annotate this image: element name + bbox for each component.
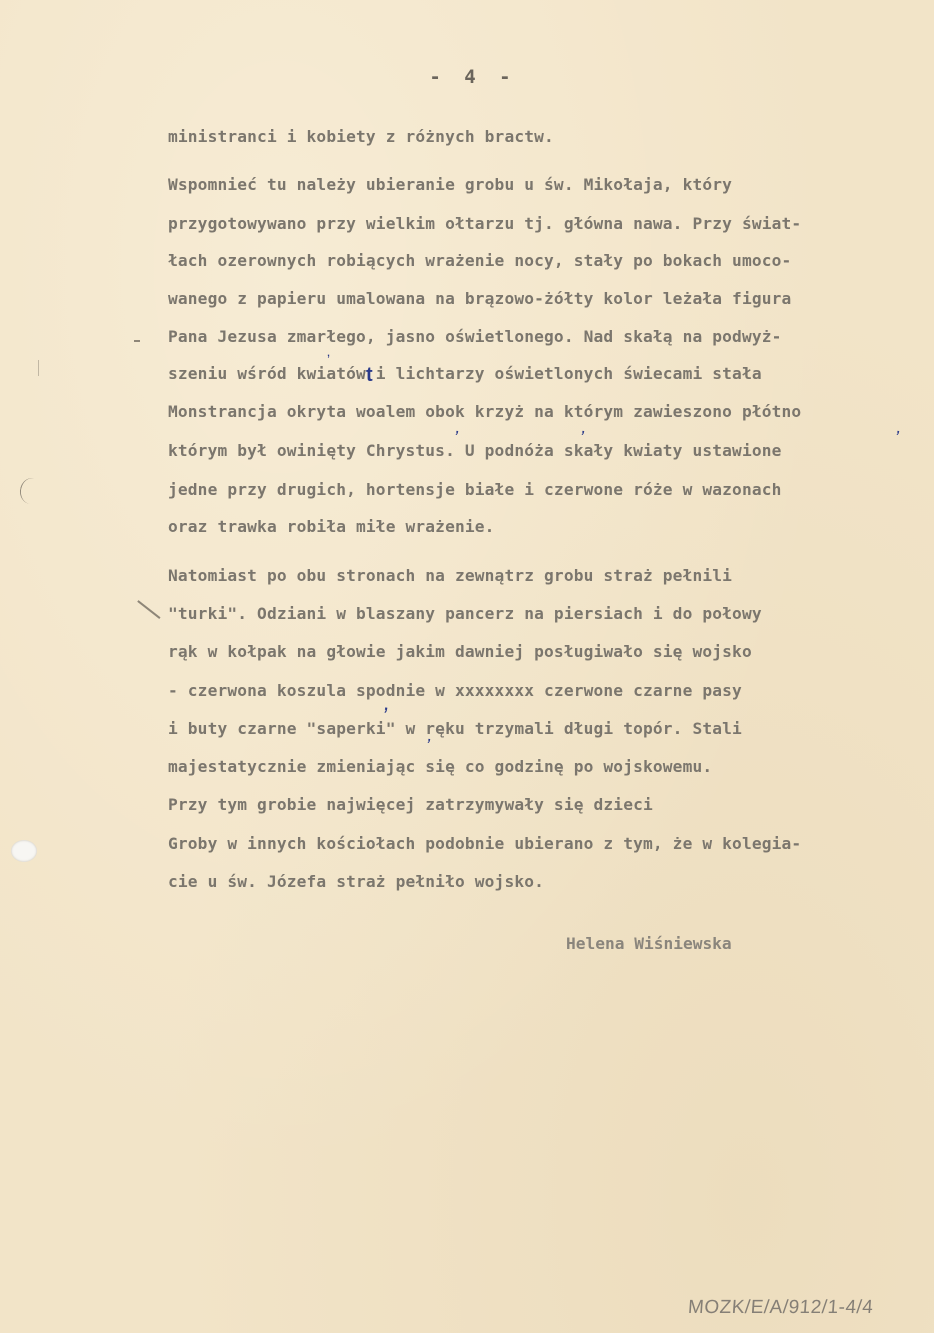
text-line: - czerwona koszula spodnie w xxxxxxxx cz… [168, 681, 742, 701]
text-line: Przy tym grobie najwięcej zatrzymywały s… [168, 795, 653, 815]
text-line: Pana Jezusa zmarłego, jasno oświetlonego… [168, 327, 782, 347]
text-line: "turki". Odziani w blaszany pancerz na p… [168, 604, 762, 624]
text-line: łach ozerownych robiących wrażenie nocy,… [168, 251, 791, 271]
handwritten-accent-mark: ʼ [327, 353, 330, 367]
page-number: - 4 - [0, 66, 934, 88]
text-line: jedne przy drugich, hortensje białe i cz… [168, 480, 782, 500]
document-page: - 4 - ministranci i kobiety z różnych br… [0, 0, 934, 1333]
archive-reference: MOZK/E/A/912/1-4/4 [687, 1297, 874, 1319]
text-line: wanego z papieru umalowana na brązowo-żó… [168, 289, 791, 309]
handwritten-comma-mark: , [895, 418, 905, 437]
margin-mark [138, 600, 161, 618]
text-line: Groby w innych kościołach podobnie ubier… [168, 834, 801, 854]
margin-mark [134, 340, 140, 342]
text-line: i buty czarne "saperki" w ręku trzymali … [168, 719, 742, 739]
text-line: oraz trawka robiła miłe wrażenie. [168, 517, 495, 537]
handwritten-correction-mark: t [366, 365, 373, 385]
text-line: majestatycznie zmieniając się co godzinę… [168, 757, 712, 777]
text-line: przygotowywano przy wielkim ołtarzu tj. … [168, 214, 801, 234]
text-line: szeniu wśród kwiatów i lichtarzy oświetl… [168, 364, 762, 384]
punch-hole-trace [18, 476, 45, 506]
text-line: rąk w kołpak na głowie jakim dawniej pos… [168, 642, 752, 662]
text-line: cie u św. Józefa straż pełniło wojsko. [168, 872, 544, 892]
signature: Helena Wiśniewska [566, 934, 732, 953]
text-line: Natomiast po obu stronach na zewnątrz gr… [168, 566, 732, 586]
text-line: Wspomnieć tu należy ubieranie grobu u św… [168, 175, 732, 195]
text-line: którym był owinięty Chrystus. U podnóża … [168, 441, 782, 461]
punch-hole [11, 840, 37, 862]
margin-mark [38, 360, 39, 376]
text-line: ministranci i kobiety z różnych bractw. [168, 127, 554, 147]
text-line: Monstrancja okryta woalem obok krzyż na … [168, 402, 801, 422]
